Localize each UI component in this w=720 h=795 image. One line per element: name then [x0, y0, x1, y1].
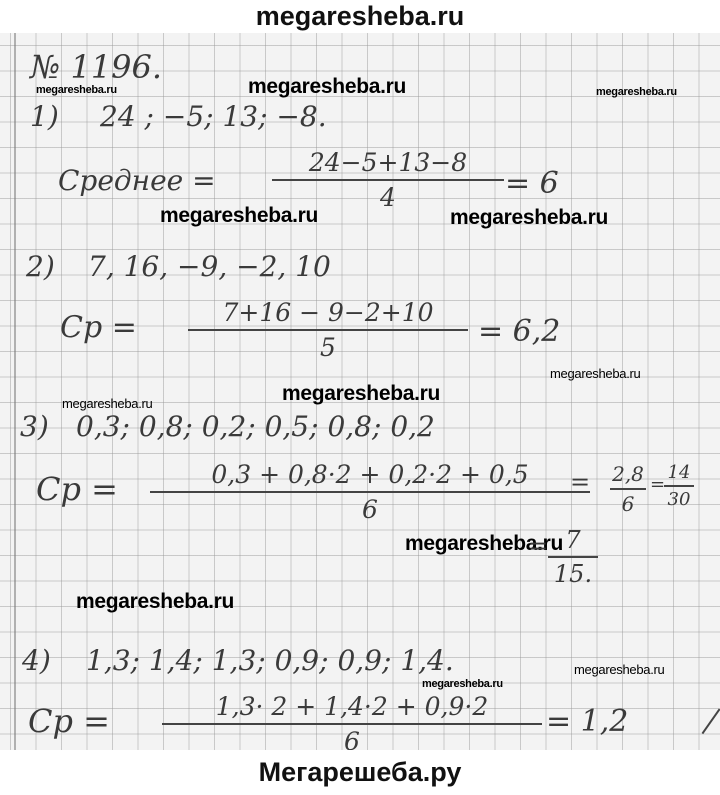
watermark: megaresheba.ru	[62, 396, 152, 411]
part-1-label: 1)	[30, 100, 59, 133]
problem-number: № 1196.	[30, 48, 162, 86]
part-3-label: 3)	[20, 410, 49, 443]
fraction-bar	[150, 491, 590, 493]
part-1-mean-label: Среднее =	[58, 164, 216, 197]
site-header: megaresheba.ru	[0, 0, 720, 33]
denominator: 5	[188, 333, 468, 362]
numerator: 7+16 − 9−2+10	[188, 298, 468, 327]
numerator: 0,3 + 0,8·2 + 0,2·2 + 0,5	[150, 460, 590, 489]
part-1-values: 24 ; −5; 13; −8.	[100, 100, 327, 133]
part-1-fraction: 24−5+13−8 4	[272, 148, 504, 212]
fraction-bar	[162, 723, 542, 725]
fraction-bar	[188, 329, 468, 331]
part-2-mean-label: Ср =	[60, 310, 137, 345]
part-3-fraction-2: 2,8 6	[610, 462, 646, 516]
part-3-fraction-3: 14 30	[664, 462, 694, 510]
fraction-bar	[548, 556, 598, 558]
numerator: 7	[548, 526, 598, 554]
part-4-result: = 1,2	[546, 704, 628, 739]
part-3-equals-3: =	[528, 532, 548, 560]
watermark: megaresheba.ru	[36, 84, 117, 96]
denominator: 30	[664, 489, 694, 510]
watermark: megaresheba.ru	[282, 382, 440, 406]
part-4-label: 4)	[22, 644, 51, 677]
part-3-equals: =	[570, 468, 590, 496]
part-2-result: = 6,2	[478, 314, 560, 349]
watermark: megaresheba.ru	[550, 366, 640, 381]
part-3-values: 0,3; 0,8; 0,2; 0,5; 0,8; 0,2	[76, 410, 435, 443]
part-4-fraction: 1,3· 2 + 1,4·2 + 0,9·2 6	[162, 692, 542, 756]
margin-line	[14, 33, 16, 750]
site-footer: Мегарешеба.ру	[0, 750, 720, 795]
fraction-bar	[272, 179, 504, 181]
watermark: megaresheba.ru	[422, 678, 503, 690]
part-4-mean-label: Ср =	[28, 702, 110, 740]
part-2-values: 7, 16, −9, −2, 10	[88, 250, 331, 283]
watermark: megaresheba.ru	[596, 86, 677, 98]
denominator: 4	[272, 183, 504, 212]
part-3-mean-label: Ср =	[36, 470, 118, 508]
watermark: megaresheba.ru	[574, 662, 664, 677]
part-3-equals-2: =	[650, 474, 665, 495]
numerator: 24−5+13−8	[272, 148, 504, 177]
part-2-fraction: 7+16 − 9−2+10 5	[188, 298, 468, 362]
part-3-fraction-4: 7 15.	[548, 526, 598, 588]
watermark: megaresheba.ru	[76, 590, 234, 614]
numerator: 2,8	[610, 462, 646, 486]
denominator: 15.	[548, 560, 598, 588]
part-4-values: 1,3; 1,4; 1,3; 0,9; 0,9; 1,4.	[86, 644, 454, 677]
fraction-bar	[610, 488, 646, 490]
fraction-bar	[664, 485, 694, 487]
numerator: 1,3· 2 + 1,4·2 + 0,9·2	[162, 692, 542, 721]
part-1-result: = 6	[505, 166, 559, 201]
watermark: megaresheba.ru	[248, 75, 406, 99]
part-3-fraction: 0,3 + 0,8·2 + 0,2·2 + 0,5 6	[150, 460, 590, 524]
part-2-label: 2)	[26, 250, 55, 283]
denominator: 6	[150, 495, 590, 524]
denominator: 6	[610, 492, 646, 516]
numerator: 14	[664, 462, 694, 483]
